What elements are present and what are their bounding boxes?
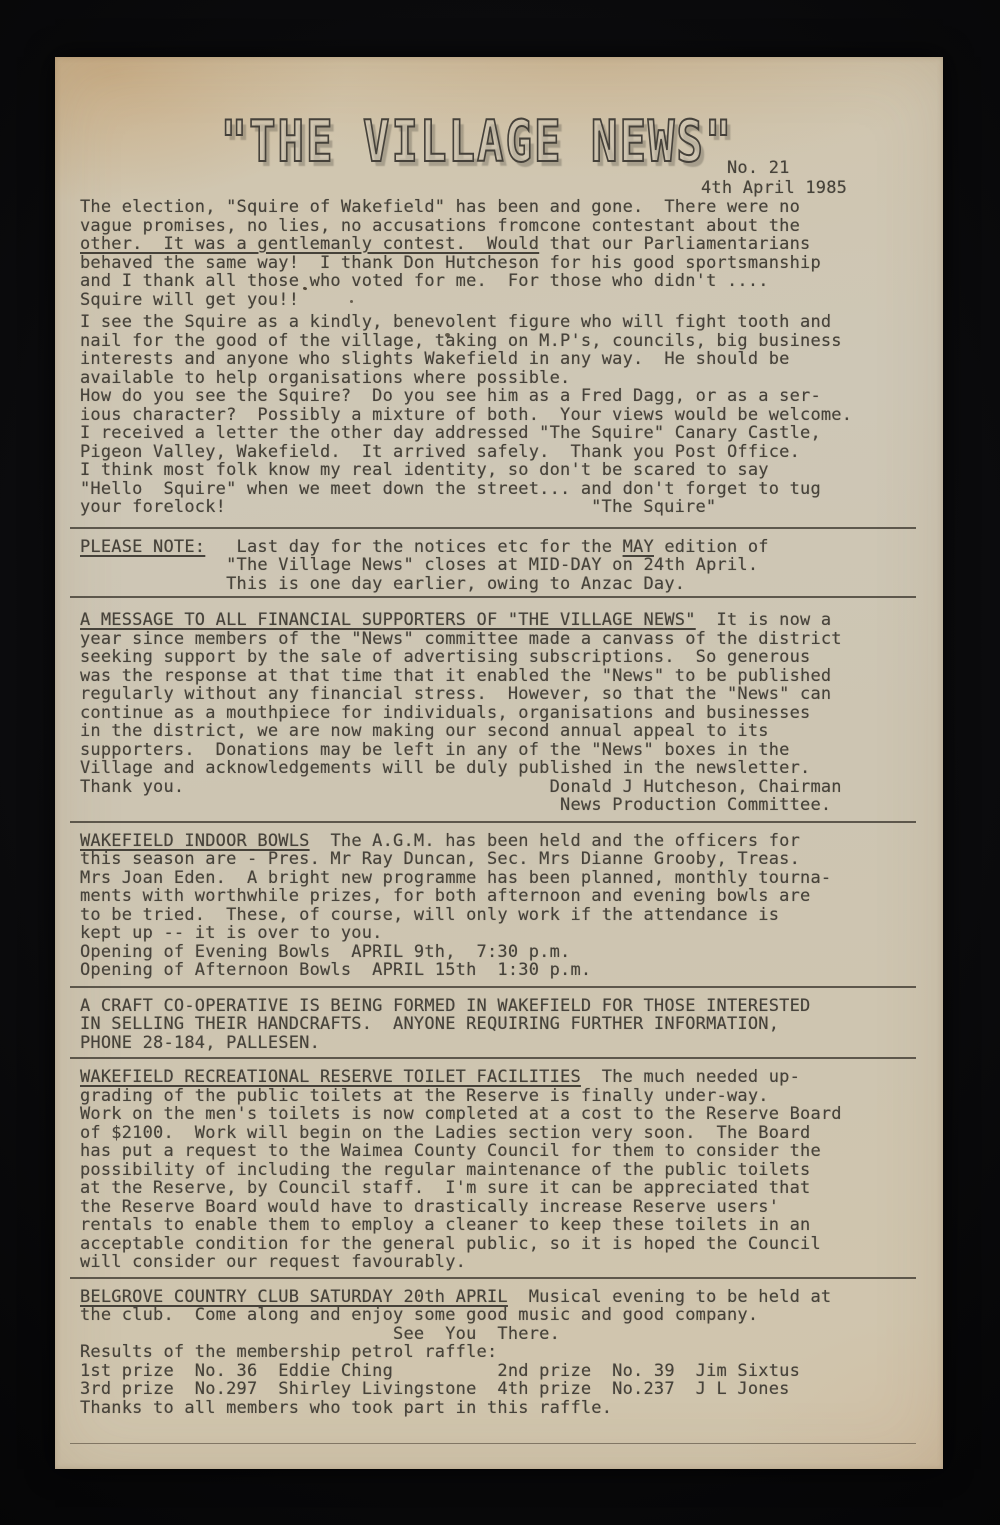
editorial-paragraph-2: I see the Squire as a kindly, benevolent… <box>80 313 913 517</box>
newsletter-page: "THE VILLAGE NEWS" No. 21 4th April 1985… <box>55 57 943 1469</box>
section-divider <box>70 1277 916 1279</box>
craft-cooperative-section: A CRAFT CO-OPERATIVE IS BEING FORMED IN … <box>80 997 913 1053</box>
craft-cooperative-text: A CRAFT CO-OPERATIVE IS BEING FORMED IN … <box>80 996 810 1053</box>
reserve-toilets-section: WAKEFIELD RECREATIONAL RESERVE TOILET FA… <box>80 1068 913 1272</box>
section-divider <box>70 527 916 529</box>
financial-supporters-section: A MESSAGE TO ALL FINANCIAL SUPPORTERS OF… <box>80 611 913 815</box>
please-note-underlined-word: MAY <box>623 537 654 557</box>
please-note-text-before: Last day for the notices etc for the <box>205 537 622 557</box>
newsletter-body: The election, "Squire of Wakefield" has … <box>55 198 943 1444</box>
reserve-toilets-text: The much needed up- grading of the publi… <box>80 1067 842 1272</box>
indoor-bowls-heading: WAKEFIELD INDOOR BOWLS <box>80 831 310 851</box>
section-divider <box>70 986 916 988</box>
editorial-paragraph-1: The election, "Squire of Wakefield" has … <box>80 198 913 309</box>
section-divider <box>70 1443 916 1444</box>
indoor-bowls-text: The A.G.M. has been held and the officer… <box>80 831 831 981</box>
editorial-underlined-phrase: other. It was a gentlemanly contest. Wou… <box>80 234 539 254</box>
issue-number: No. 21 <box>727 159 790 178</box>
section-divider <box>70 596 916 598</box>
financial-supporters-heading: A MESSAGE TO ALL FINANCIAL SUPPORTERS OF… <box>80 610 696 630</box>
section-divider <box>70 821 916 823</box>
please-note-label: PLEASE NOTE: <box>80 537 205 557</box>
issue-date: 4th April 1985 <box>701 179 847 198</box>
editorial-text: I see the Squire as a kindly, benevolent… <box>80 312 852 517</box>
belgrove-club-text: Musical evening to be held at the club. … <box>80 1287 831 1418</box>
belgrove-club-heading: BELGROVE COUNTRY CLUB SATURDAY 20th APRI… <box>80 1287 508 1307</box>
financial-supporters-text: It is now a year since members of the "N… <box>80 610 842 815</box>
please-note-section: PLEASE NOTE: Last day for the notices et… <box>80 538 913 594</box>
belgrove-club-section: BELGROVE COUNTRY CLUB SATURDAY 20th APRI… <box>80 1288 913 1418</box>
editorial-text-before: The election, "Squire of Wakefield" has … <box>80 197 800 236</box>
editorial-signature: "The Squire" <box>591 498 716 517</box>
photo-backdrop: "THE VILLAGE NEWS" No. 21 4th April 1985… <box>0 0 1000 1525</box>
indoor-bowls-section: WAKEFIELD INDOOR BOWLS The A.G.M. has be… <box>80 832 913 980</box>
reserve-toilets-heading: WAKEFIELD RECREATIONAL RESERVE TOILET FA… <box>80 1067 581 1087</box>
section-divider <box>70 1057 916 1059</box>
